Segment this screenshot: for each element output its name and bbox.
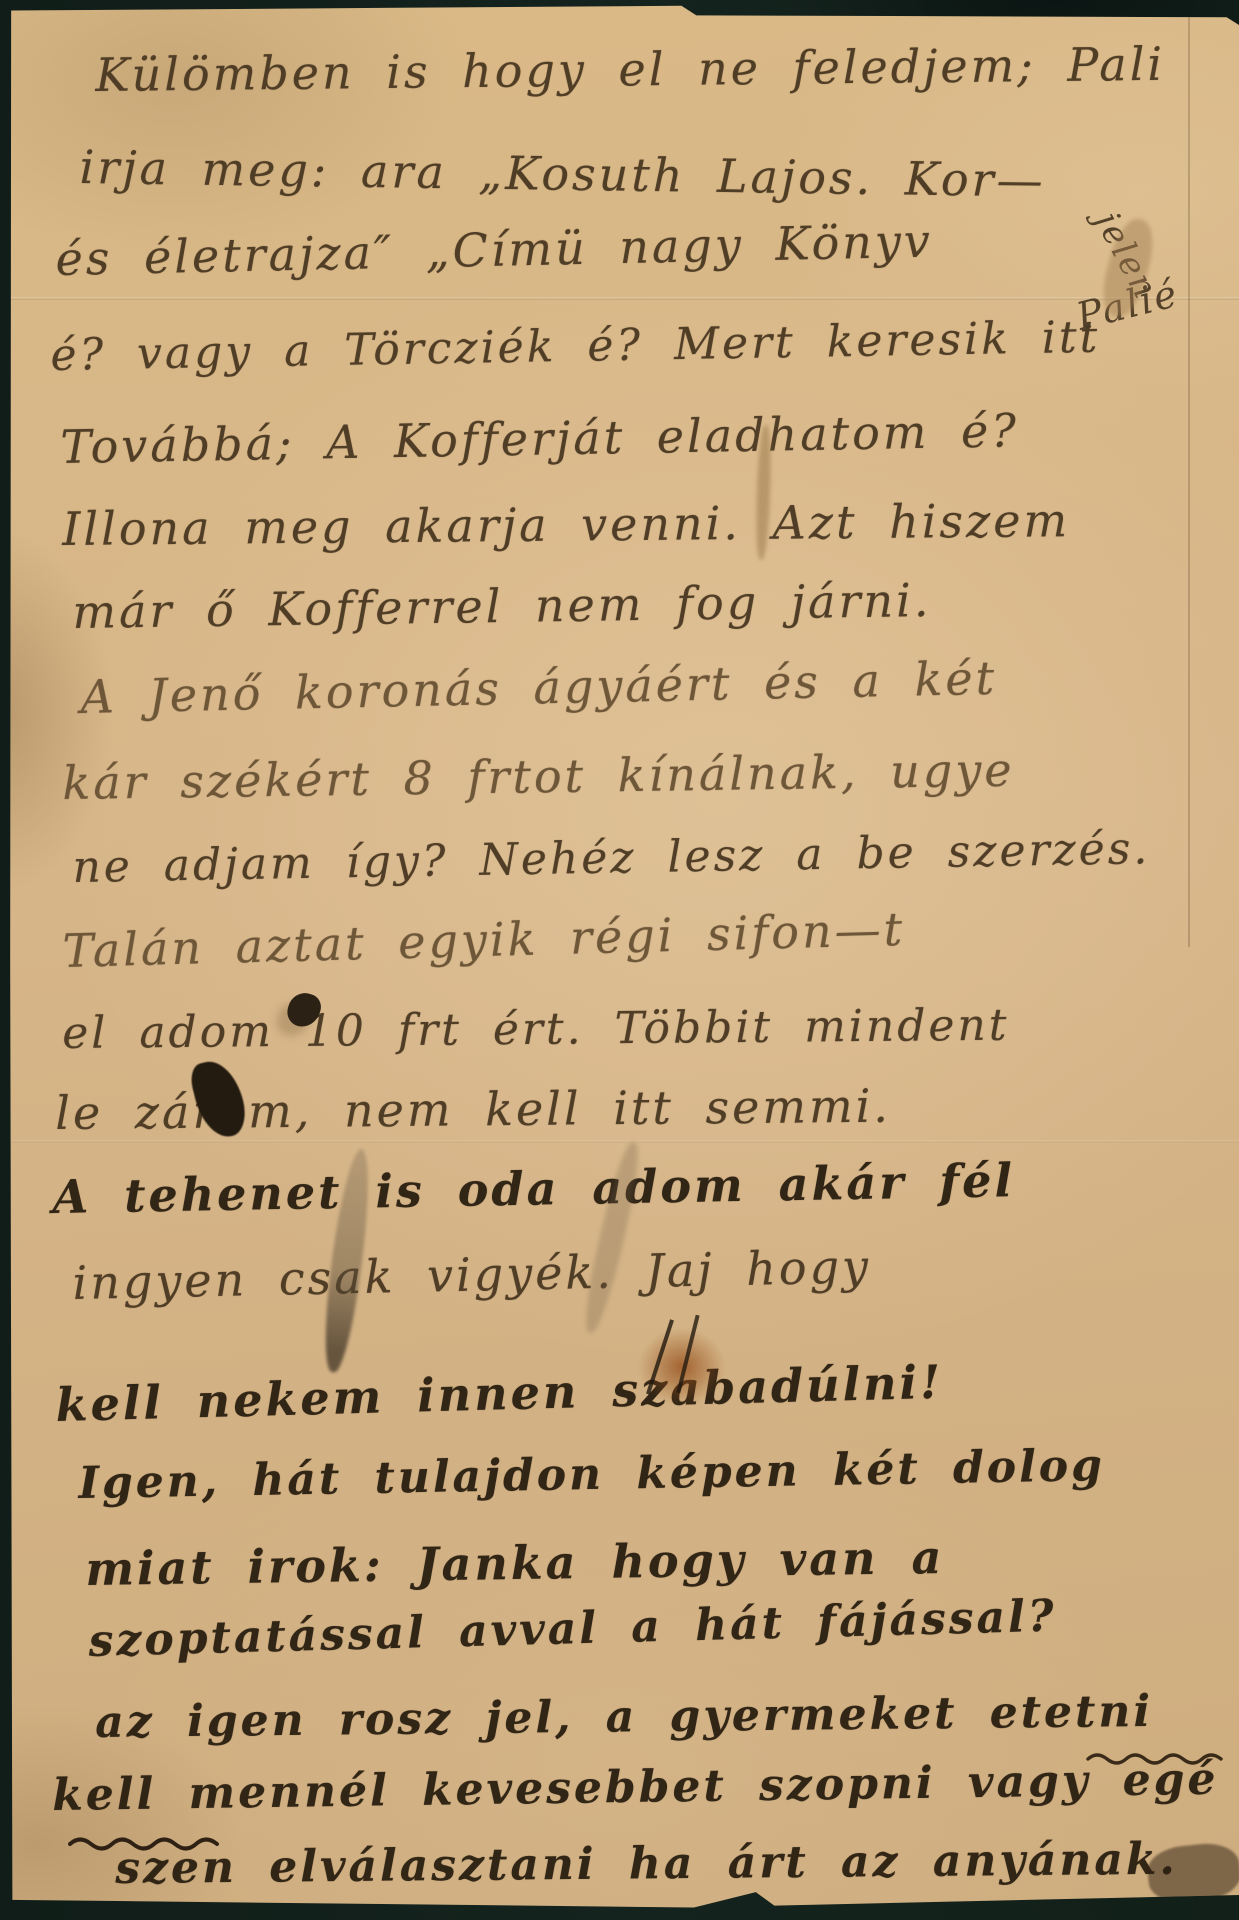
letter-line-22: szen elválasztani ha árt az anyának. [115, 1834, 1178, 1894]
letter-line-7: már ő Kofferrel nem fog járni. [72, 573, 932, 639]
fold-crease-horizontal [0, 297, 1239, 300]
fold-crease-horizontal-faint [0, 1140, 1239, 1143]
letter-line-21: kell mennél kevesebbet szopni vagy egé [52, 1754, 1219, 1821]
letter-line-5: Továbbá; A Kofferját eladhatom é? [60, 403, 1019, 474]
letter-line-13: le zárom, nem kell itt semmi. [55, 1079, 891, 1140]
letter-line-17: Igen, hát tulajdon képen két dolog [78, 1440, 1105, 1509]
letter-line-1: Külömben is hogy el ne feledjem; Pali [95, 37, 1165, 102]
letter-line-4: é? vagy a Törcziék é? Mert keresik itt [50, 312, 1101, 381]
letter-line-16: kell nekem innen szabadúlni! [55, 1355, 944, 1432]
letter-line-11: Talán aztat egyik régi sifon—t [62, 902, 906, 978]
letter-line-6: Illona meg akarja venni. Azt hiszem [62, 493, 1070, 556]
letter-line-20: az igen rosz jel, a gyermeket etetni [95, 1686, 1153, 1748]
letter-line-9: kár székért 8 frtot kínálnak, ugye [62, 743, 1015, 810]
letter-line-18: miat irok: Janka hogy van a [85, 1530, 945, 1596]
scanner-background: Külömben is hogy el ne feledjem; Pali ir… [0, 0, 1239, 1920]
letter-line-8: A Jenő koronás ágyáért és a két [80, 651, 998, 724]
letter-line-15: ingyen csak vigyék. Jaj hogy [72, 1239, 871, 1310]
fold-crease-vertical [1188, 12, 1190, 947]
letter-line-2: irja meg: ara „Kosuth Lajos. Kor— [79, 140, 1046, 207]
letter-line-19: szoptatással avval a hát fájással? [88, 1591, 1057, 1667]
margin-note-palie: Palié [1072, 271, 1183, 339]
letter-line-14: A tehenet is oda adom akár fél [52, 1153, 1015, 1224]
letter-page: Külömben is hogy el ne feledjem; Pali ir… [0, 0, 1239, 1920]
letter-line-10: ne adjam így? Nehéz lesz a be szerzés. [72, 823, 1151, 893]
letter-line-12: el adom 10 frt ért. Többit mindent [62, 1000, 1010, 1059]
letter-line-3: és életrajza″ „Címü nagy Könyv [55, 214, 933, 286]
